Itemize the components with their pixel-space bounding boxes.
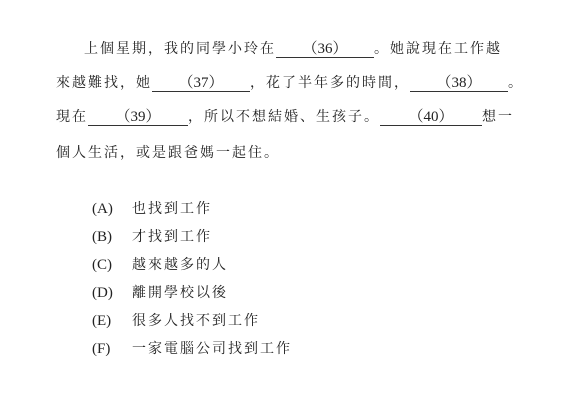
option-b[interactable]: (B)才找到工作	[92, 226, 212, 246]
passage-line-2: 來越難找，她（37），花了半年多的時間，（38）。	[56, 72, 524, 92]
option-label: (F)	[92, 341, 132, 358]
passage-line-3: 現在（39），所以不想結婚、生孩子。（40）想一	[56, 106, 514, 126]
option-text: 很多人找不到工作	[132, 313, 260, 329]
text: 上個星期，我的同學小玲在	[84, 41, 276, 57]
option-label: (D)	[92, 285, 132, 302]
option-label: (A)	[92, 201, 132, 218]
option-label: (B)	[92, 229, 132, 246]
blank-37[interactable]: （37）	[152, 75, 250, 92]
option-text: 一家電腦公司找到工作	[132, 341, 292, 357]
text: 來越難找，她	[56, 75, 152, 91]
text: 。	[508, 75, 524, 91]
passage-line-4: 個人生活，或是跟爸媽一起住。	[56, 142, 280, 162]
option-a[interactable]: (A)也找到工作	[92, 198, 212, 218]
text: 想一	[482, 109, 514, 125]
text: 。她說現在工作越	[374, 41, 502, 57]
option-text: 也找到工作	[132, 201, 212, 217]
option-text: 離開學校以後	[132, 285, 228, 301]
option-label: (E)	[92, 313, 132, 330]
blank-36[interactable]: （36）	[276, 41, 374, 58]
passage-line-1: 上個星期，我的同學小玲在（36）。她說現在工作越	[84, 38, 502, 58]
blank-40[interactable]: （40）	[380, 109, 482, 126]
option-text: 越來越多的人	[132, 257, 228, 273]
text: ，所以不想結婚、生孩子。	[188, 109, 380, 125]
text: ，花了半年多的時間，	[250, 75, 410, 91]
option-e[interactable]: (E)很多人找不到工作	[92, 310, 260, 330]
blank-39[interactable]: （39）	[88, 109, 188, 126]
option-f[interactable]: (F)一家電腦公司找到工作	[92, 338, 292, 358]
option-d[interactable]: (D)離開學校以後	[92, 282, 228, 302]
blank-38[interactable]: （38）	[410, 75, 508, 92]
option-c[interactable]: (C)越來越多的人	[92, 254, 228, 274]
option-text: 才找到工作	[132, 229, 212, 245]
option-label: (C)	[92, 257, 132, 274]
text: 現在	[56, 109, 88, 125]
